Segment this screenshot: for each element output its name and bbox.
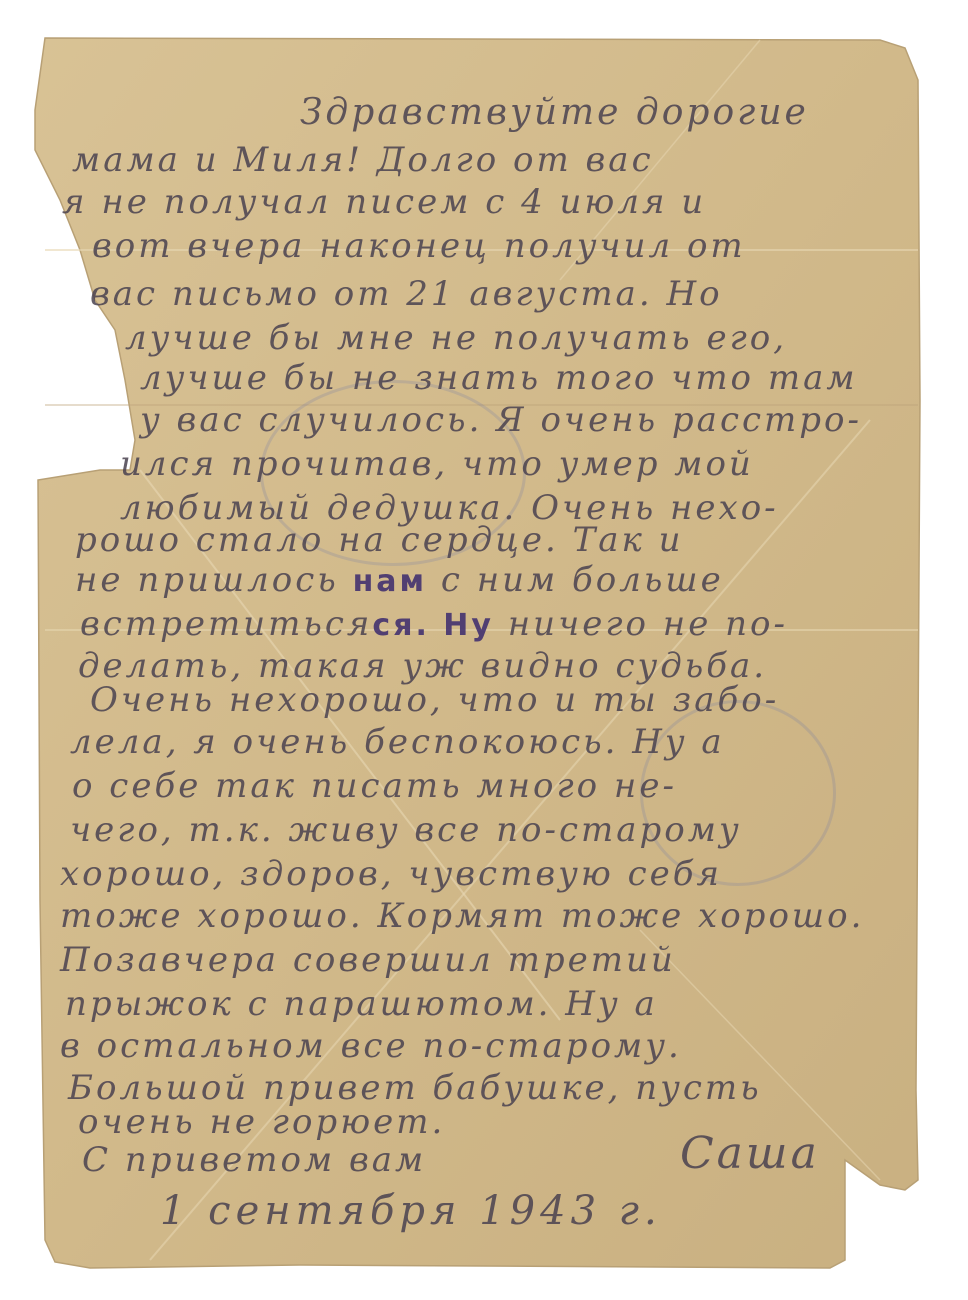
letter-line-21: прыжок с парашютом. Ну а — [65, 984, 658, 1024]
letter-line-6: лучше бы не знать того что там — [140, 358, 858, 398]
letter-text: Здравствуйте дорогие мама и Миля! Долго … — [0, 0, 968, 1300]
letter-line-17: чего, т.к. живу все по-старому — [70, 810, 742, 850]
inserted-word-nam: нам — [353, 564, 428, 599]
letter-line-3: вот вчера наконец получил от — [92, 226, 746, 266]
letter-line-11: не пришлось нам с ним больше — [75, 560, 724, 600]
letter-line-12-end: ничего не по- — [508, 604, 788, 644]
letter-line-20: Позавчера совершил третий — [60, 940, 676, 980]
letter-line-14: Очень нехорошо, что и ты забо- — [90, 680, 779, 720]
letter-line-8b: ился прочитав, что умер мой — [120, 444, 754, 484]
letter-line-2: я не получал писем с 4 июля и — [62, 182, 706, 222]
letter-line-22: в остальном все по-старому. — [60, 1026, 682, 1066]
letter-line-7: у вас случилось. Я очень расстро- — [140, 400, 862, 440]
letter-line-18: хорошо, здоров, чувствую себя — [60, 854, 722, 894]
closing-line: С приветом вам — [82, 1140, 426, 1180]
greeting: Здравствуйте дорогие — [300, 92, 809, 133]
letter-line-4: вас письмо от 21 августа. Но — [90, 274, 723, 314]
letter-line-16: о себе так писать много не- — [72, 766, 677, 806]
letter-line-12: встретитьсяся. Ну ничего не по- — [80, 604, 788, 644]
letter-line-11-start: не пришлось — [75, 560, 339, 600]
letter-line-15: лела, я очень беспокоюсь. Ну а — [70, 722, 725, 762]
letter-line-5b: лучше бы мне не получать его, — [125, 318, 787, 358]
letter-line-19: тоже хорошо. Кормят тоже хорошо. — [60, 896, 864, 936]
letter-line-11-end: с ним больше — [441, 560, 724, 600]
signature: Саша — [680, 1128, 820, 1179]
inserted-word-sya-nu: ся. Ну — [372, 608, 494, 643]
letter-line-24: очень не горюет. — [78, 1102, 445, 1142]
letter-line-10: рошо стало на сердце. Так и — [75, 520, 684, 560]
letter-line-1: мама и Миля! Долго от вас — [72, 140, 654, 180]
letter-date: 1 сентября 1943 г. — [160, 1188, 662, 1234]
letter-line-12-start: встретиться — [80, 604, 372, 644]
